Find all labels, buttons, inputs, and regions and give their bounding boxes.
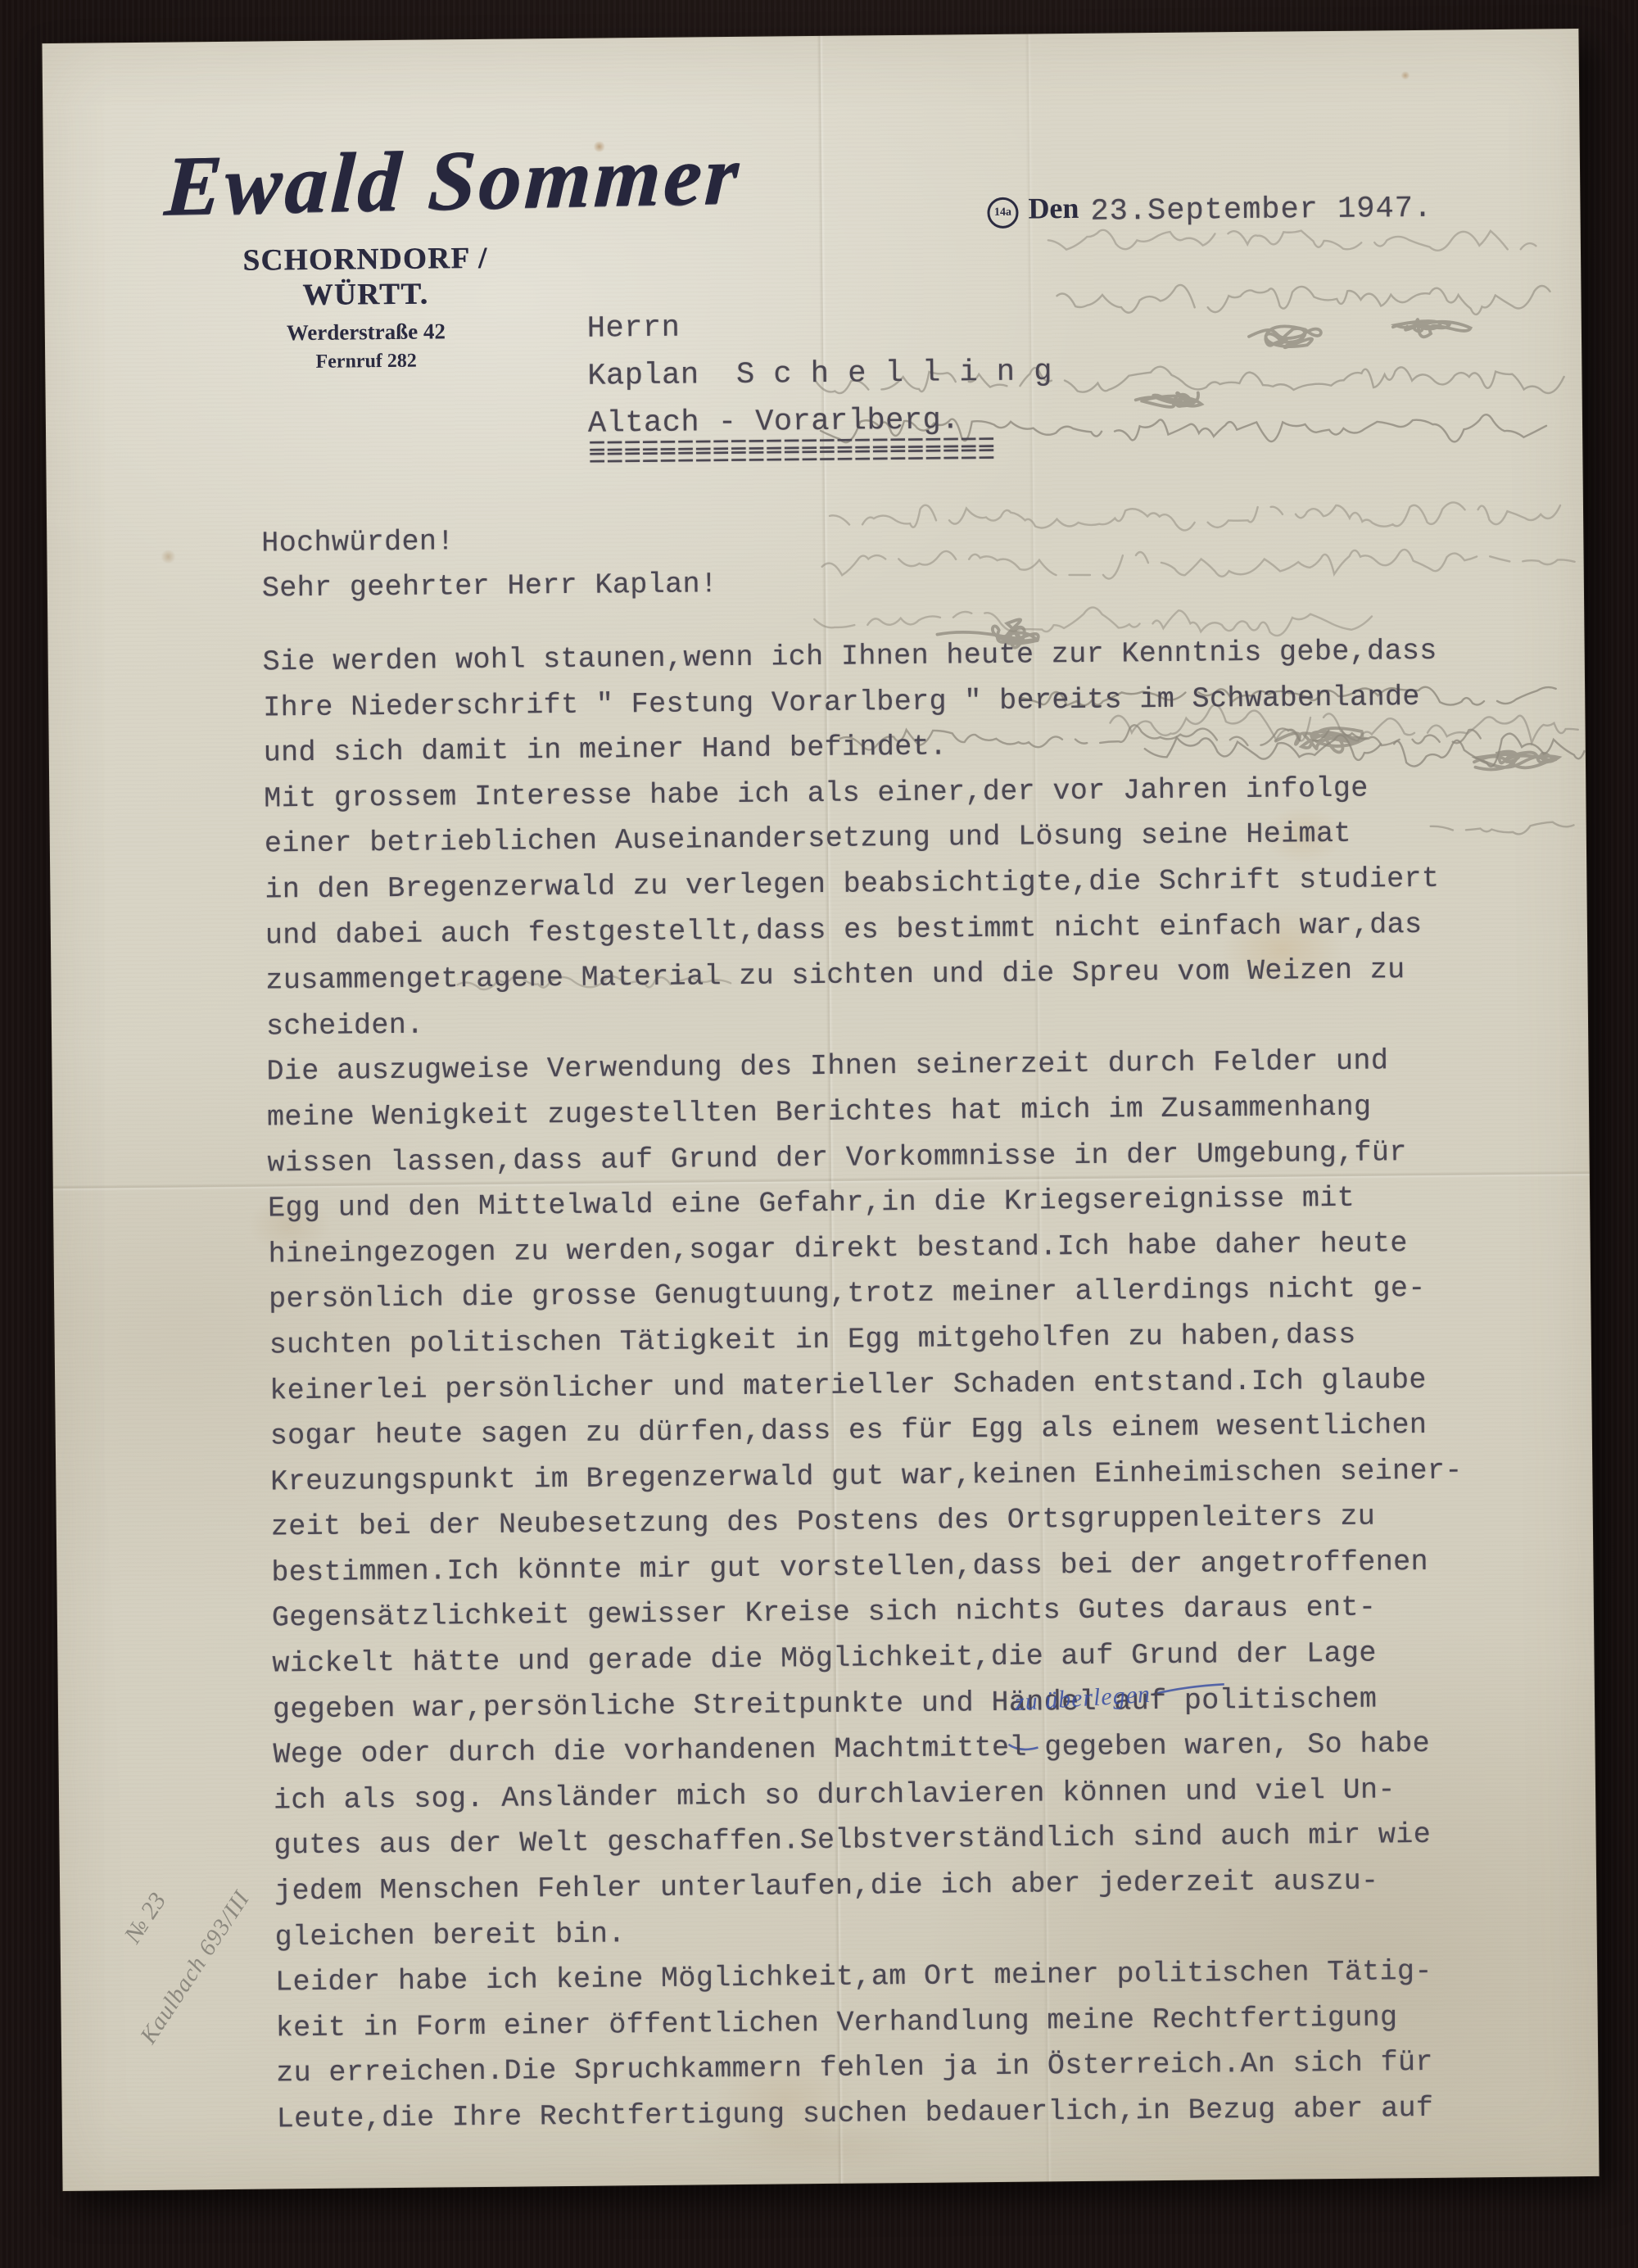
paper-stain (1400, 71, 1410, 79)
letter-body: Sie werden wohl staunen,wenn ich Ihnen h… (262, 629, 1468, 2143)
salutation: Hochwürden!Sehr geehrter Herr Kaplan! (261, 517, 718, 611)
pencil-scribble-blob (1136, 392, 1201, 407)
salutation-line: Hochwürden! (261, 517, 717, 566)
recipient-line: Herrn (587, 301, 1052, 352)
recipient-line: Kaplan S c h e l l i n g (587, 348, 1052, 400)
recipient-underline: ======================= ================… (588, 439, 995, 466)
recipient-address: HerrnKaplan S c h e l l i n gAltach - Vo… (587, 301, 1053, 447)
letterhead-city: SCHORNDORF / WÜRTT. (185, 240, 546, 314)
typed-date: 23.September 1947. (1090, 192, 1432, 229)
letterhead-phone: Fernruf 282 (186, 349, 546, 374)
pencil-squiggle (821, 545, 1587, 581)
underline-row: ======================= (588, 450, 995, 466)
pencil-scribble-blob (1249, 326, 1321, 348)
letterhead: Ewald Sommer SCHORNDORF / WÜRTT. Werders… (42, 29, 1578, 43)
letter-paper: Ewald Sommer SCHORNDORF / WÜRTT. Werders… (42, 29, 1599, 2191)
dateline: 14aDen23.September 1947. (987, 188, 1432, 230)
pencil-squiggle (1048, 226, 1536, 255)
pencil-squiggle (830, 499, 1560, 533)
salutation-line: Sehr geehrter Herr Kaplan! (262, 562, 718, 611)
letterhead-address: SCHORNDORF / WÜRTT. Werderstraße 42 Fern… (185, 240, 547, 374)
pencil-scribble-blob (1393, 319, 1471, 337)
margin-note-number: № 23 (120, 1888, 173, 1949)
pencil-squiggle (1057, 282, 1550, 319)
letterhead-street: Werderstraße 42 (186, 318, 546, 346)
registry-mark: 14a (987, 197, 1018, 229)
letterhead-name: Ewald Sommer (162, 124, 871, 235)
pencil-scribble-blob (1474, 751, 1559, 770)
paper-stain (160, 550, 176, 564)
date-prefix: Den (1028, 192, 1079, 225)
